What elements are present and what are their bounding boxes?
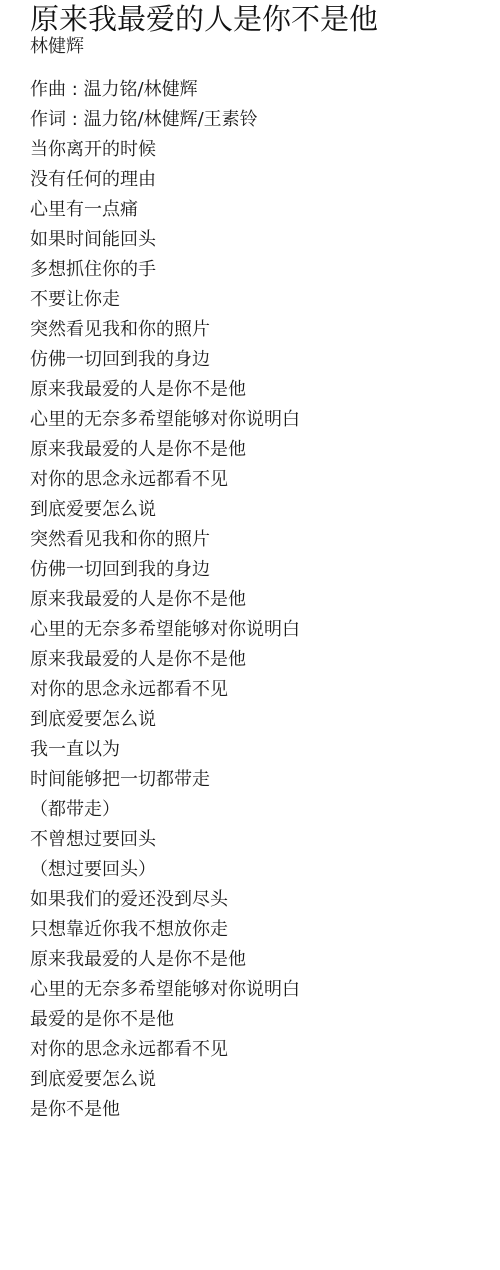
credit-line: 作词 : 温力铭/林健辉/王素铃 <box>30 105 490 135</box>
lyric-line: 原来我最爱的人是你不是他 <box>30 945 490 975</box>
lyric-line: 对你的思念永远都看不见 <box>30 675 490 705</box>
lyric-line: 没有任何的理由 <box>30 165 490 195</box>
lyric-line: 仿佛一切回到我的身边 <box>30 555 490 585</box>
lyrics-list: 作曲 : 温力铭/林健辉 作词 : 温力铭/林健辉/王素铃当你离开的时候没有任何… <box>30 75 490 1125</box>
credit-line: 作曲 : 温力铭/林健辉 <box>30 75 490 105</box>
lyric-line: 突然看见我和你的照片 <box>30 525 490 555</box>
lyric-line: 仿佛一切回到我的身边 <box>30 345 490 375</box>
lyric-line: 不曾想过要回头 <box>30 825 490 855</box>
lyric-line: 突然看见我和你的照片 <box>30 315 490 345</box>
lyric-line: 原来我最爱的人是你不是他 <box>30 585 490 615</box>
lyric-line: 原来我最爱的人是你不是他 <box>30 645 490 675</box>
lyric-line: 如果我们的爱还没到尽头 <box>30 885 490 915</box>
lyric-line: 心里的无奈多希望能够对你说明白 <box>30 615 490 645</box>
lyric-line: 是你不是他 <box>30 1095 490 1125</box>
lyric-line: 到底爱要怎么说 <box>30 1065 490 1095</box>
lyric-line: 心里的无奈多希望能够对你说明白 <box>30 405 490 435</box>
lyric-line: （想过要回头） <box>30 855 490 885</box>
lyric-line: 最爱的是你不是他 <box>30 1005 490 1035</box>
lyric-line: 对你的思念永远都看不见 <box>30 465 490 495</box>
lyrics-page: 原来我最爱的人是你不是他 林健辉 作曲 : 温力铭/林健辉 作词 : 温力铭/林… <box>30 0 490 1125</box>
lyric-line: 如果时间能回头 <box>30 225 490 255</box>
lyric-line: 时间能够把一切都带走 <box>30 765 490 795</box>
lyric-line: 心里的无奈多希望能够对你说明白 <box>30 975 490 1005</box>
lyric-line: 当你离开的时候 <box>30 135 490 165</box>
song-title: 原来我最爱的人是你不是他 <box>30 0 490 37</box>
lyric-line: 到底爱要怎么说 <box>30 705 490 735</box>
lyric-line: 心里有一点痛 <box>30 195 490 225</box>
lyric-line: 对你的思念永远都看不见 <box>30 1035 490 1065</box>
lyric-line: 到底爱要怎么说 <box>30 495 490 525</box>
lyric-line: 不要让你走 <box>30 285 490 315</box>
lyric-line: 原来我最爱的人是你不是他 <box>30 375 490 405</box>
lyric-line: 原来我最爱的人是你不是他 <box>30 435 490 465</box>
lyric-line: 多想抓住你的手 <box>30 255 490 285</box>
lyric-line: 我一直以为 <box>30 735 490 765</box>
artist-name: 林健辉 <box>30 36 490 58</box>
lyric-line: 只想靠近你我不想放你走 <box>30 915 490 945</box>
lyric-line: （都带走） <box>30 795 490 825</box>
